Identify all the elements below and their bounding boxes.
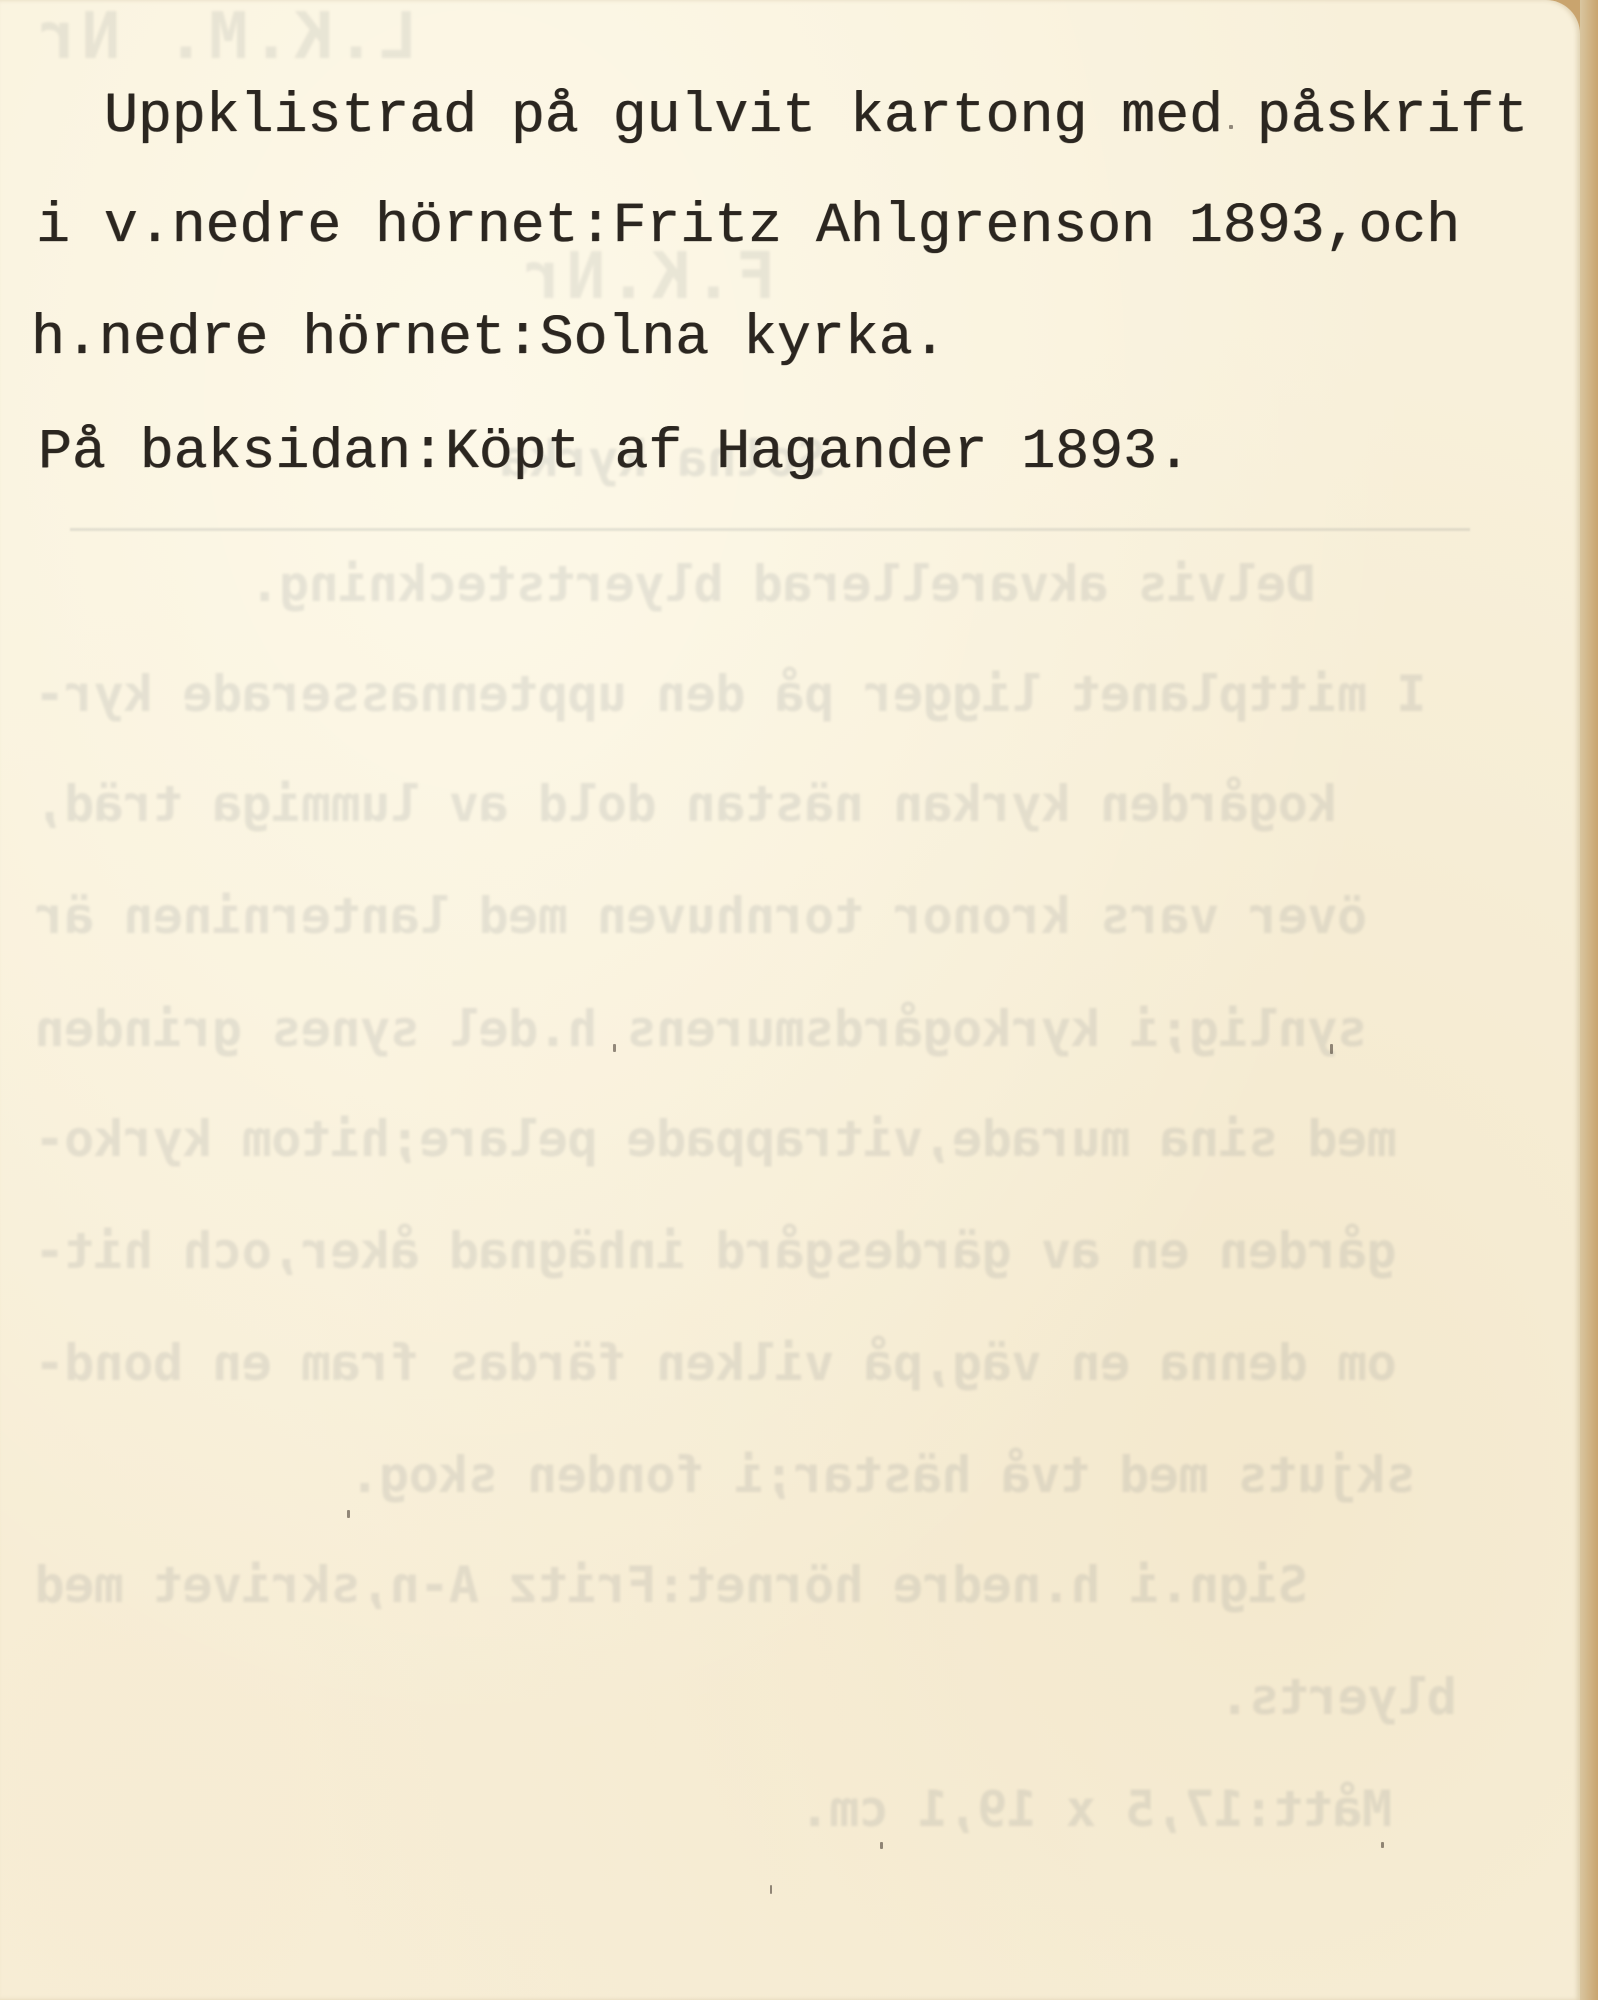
showthrough-heading: L.K.M. Nr <box>35 0 418 74</box>
showthrough-line: med sina murade,vitrappade pelare;hitom … <box>35 1110 1397 1168</box>
showthrough-line: Delvis akvarellerad blyertsteckning. <box>250 555 1316 613</box>
typed-line-3: h.nedre hörnet:Solna kyrka. <box>31 310 946 367</box>
typed-line-2: i v.nedre hörnet:Fritz Ahlgrenson 1893,o… <box>36 198 1460 255</box>
showthrough-line: synlig;i kyrkogårdsmurens h.del synes gr… <box>35 1000 1367 1058</box>
reverse-side-showthrough: L.K.M. Nr F.K.Nr Solna kyrka Delvis akva… <box>0 0 1580 2000</box>
showthrough-line: Sign.i h.nedre hörnet:Fritz A-n,skrivet … <box>35 1556 1308 1614</box>
ink-speck <box>613 1044 616 1052</box>
showthrough-line: gården en av gärdesgård inhägnad åker,oc… <box>35 1222 1397 1280</box>
ink-speck <box>347 1510 350 1518</box>
showthrough-line: I mittplanet ligger på den upptennassera… <box>35 665 1426 723</box>
showthrough-rule <box>70 528 1470 531</box>
showthrough-line: Mått:17,5 x 19,1 cm. <box>800 1780 1392 1838</box>
card-edge <box>1580 0 1598 2000</box>
catalogue-card: L.K.M. Nr F.K.Nr Solna kyrka Delvis akva… <box>0 0 1580 2000</box>
ink-speck <box>1229 125 1233 129</box>
showthrough-line: blyerts. <box>1220 1668 1457 1726</box>
ink-speck <box>1330 1044 1333 1054</box>
ink-speck <box>1381 1842 1384 1848</box>
typed-line-4: På baksidan:Köpt af Hagander 1893. <box>38 424 1191 481</box>
showthrough-line: kogården kyrkan nästan dold av lummiga t… <box>35 775 1338 833</box>
showthrough-line: om denna en väg,på vilken färdas fram en… <box>35 1334 1397 1392</box>
showthrough-line: skjuts med två hästar;i fonden skog. <box>350 1446 1416 1504</box>
typed-line-1: Uppklistrad på gulvit kartong med påskri… <box>104 88 1528 145</box>
ink-speck <box>880 1842 883 1849</box>
showthrough-line: över vars kronor tornhuven med lanternin… <box>35 887 1367 945</box>
ink-speck <box>770 1885 772 1894</box>
